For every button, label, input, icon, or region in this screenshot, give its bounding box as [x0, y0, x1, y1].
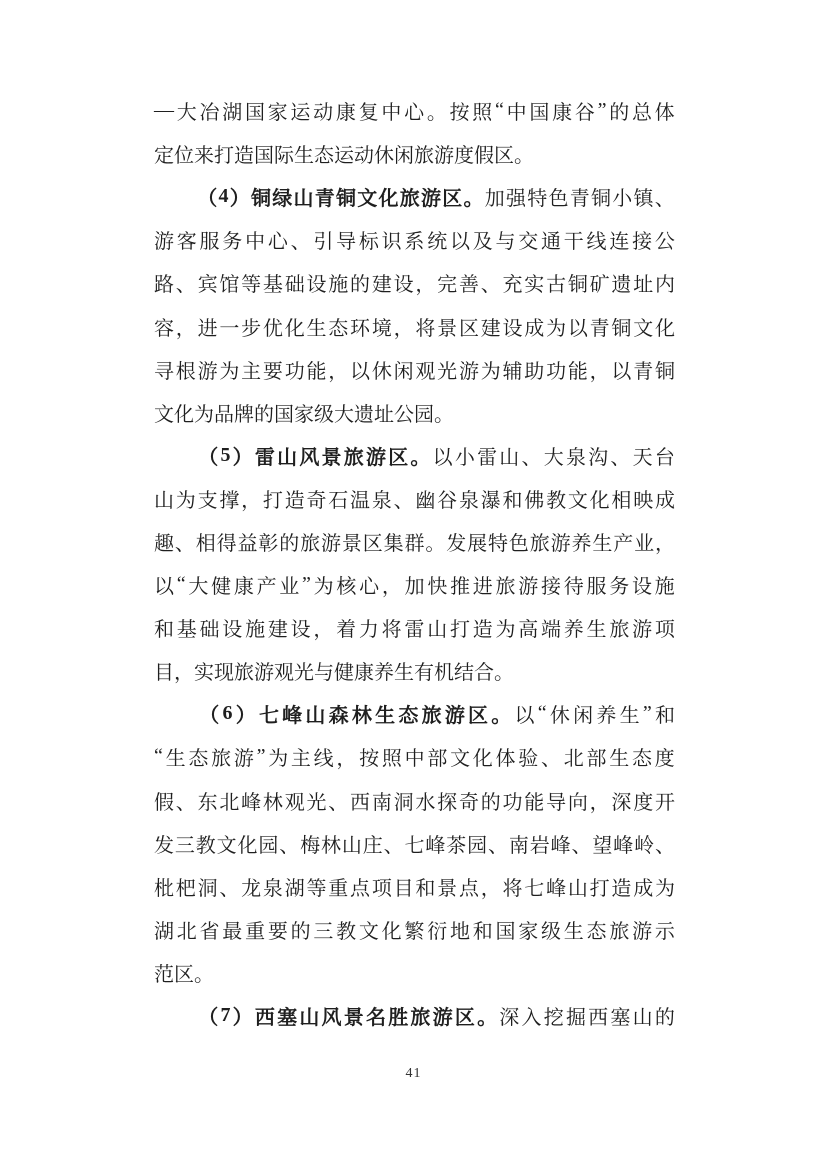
text-line: “生态旅游”为主线，按照中部文化体验、北部生态度 — [154, 735, 675, 778]
text-line: 山为支撑，打造奇石温泉、幽谷泉瀑和佛教文化相映成 — [154, 477, 675, 520]
text-line: 范区。 — [154, 951, 675, 994]
page-number: 41 — [0, 1066, 827, 1082]
text-line: 湖北省最重要的三教文化繁衍地和国家级生态旅游示 — [154, 908, 675, 951]
text-line: 文化为品牌的国家级大遗址公园。 — [154, 391, 675, 434]
text-line: 路、宾馆等基础设施的建设，完善、充实古铜矿遗址内 — [154, 261, 675, 304]
document-page: —大冶湖国家运动康复中心。按照“中国康谷”的总体定位来打造国际生态运动休闲旅游度… — [0, 0, 827, 1169]
text-line: （7）西塞山风景名胜旅游区。深入挖掘西塞山的 — [154, 994, 675, 1037]
text-line: （6）七峰山森林生态旅游区。以“休闲养生”和 — [154, 692, 675, 735]
text-line: 假、东北峰林观光、西南洞水探奇的功能导向，深度开 — [154, 779, 675, 822]
text-line: 枇杷洞、龙泉湖等重点项目和景点，将七峰山打造成为 — [154, 865, 675, 908]
text-line: 以“大健康产业”为核心，加快推进旅游接待服务设施 — [154, 563, 675, 606]
text-line: 趣、相得益彰的旅游景区集群。发展特色旅游养生产业， — [154, 520, 675, 563]
text-line: （5）雷山风景旅游区。以小雷山、大泉沟、天台 — [154, 434, 675, 477]
text-line: 容，进一步优化生态环境，将景区建设成为以青铜文化 — [154, 304, 675, 347]
text-line: 发三教文化园、梅林山庄、七峰茶园、南岩峰、望峰岭、 — [154, 822, 675, 865]
text-line: 游客服务中心、引导标识系统以及与交通干线连接公 — [154, 218, 675, 261]
text-line: （4）铜绿山青铜文化旅游区。加强特色青铜小镇、 — [154, 175, 675, 218]
text-line: 和基础设施建设，着力将雷山打造为高端养生旅游项 — [154, 606, 675, 649]
text-line: 目，实现旅游观光与健康养生有机结合。 — [154, 649, 675, 692]
text-line: 寻根游为主要功能，以休闲观光游为辅助功能，以青铜 — [154, 348, 675, 391]
text-line: 定位来打造国际生态运动休闲旅游度假区。 — [154, 132, 675, 175]
text-line: —大冶湖国家运动康复中心。按照“中国康谷”的总体 — [154, 89, 675, 132]
text-block: —大冶湖国家运动康复中心。按照“中国康谷”的总体定位来打造国际生态运动休闲旅游度… — [154, 89, 675, 1037]
